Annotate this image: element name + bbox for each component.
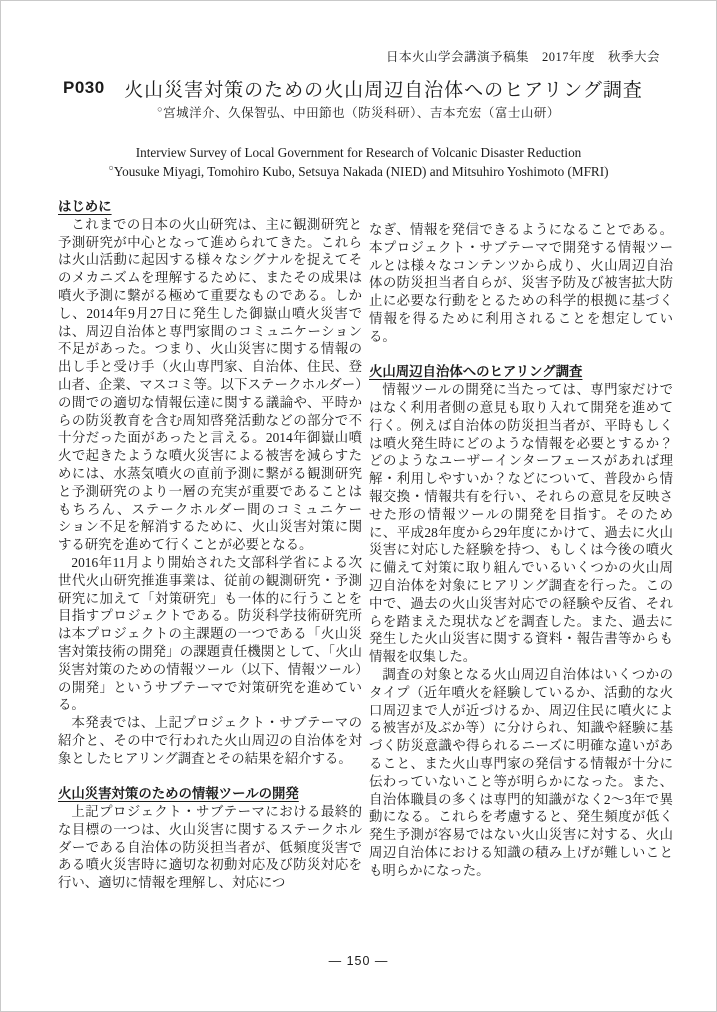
paragraph: 2016年11月より開始された文部科学省による次世代火山研究推進事業は、従前の観… <box>58 554 362 714</box>
two-column-body: はじめに これまでの日本の火山研究は、主に観測研究と予測研究が中心となって進めら… <box>58 198 673 892</box>
page-number: ― 150 ― <box>1 954 716 968</box>
title-row: P030 火山災害対策のための火山周辺自治体へのヒアリング調査 <box>1 75 716 103</box>
authors-japanese: ○宮城洋介、久保智弘、中田節也（防災科研）、吉本充宏（富士山研） <box>1 103 716 121</box>
paragraph: これまでの日本の火山研究は、主に観測研究と予測研究が中心となって進められてきた。… <box>58 216 362 554</box>
authors-en-text: Yousuke Miyagi, Tomohiro Kubo, Setsuya N… <box>114 164 609 179</box>
paragraph: 本発表では、上記プロジェクト・サブテーマの紹介と、その中で行われた火山周辺の自治… <box>58 714 362 767</box>
section-heading-tool-development: 火山災害対策のための情報ツールの開発 <box>58 785 362 803</box>
paper-page: 日本火山学会講演予稿集 2017年度 秋季大会 P030 火山災害対策のための火… <box>0 0 717 1012</box>
paragraph-continuation: なぎ、情報を発信できるようになることである。本プロジェクト・サブテーマで開発する… <box>369 221 673 346</box>
paragraph: 情報ツールの開発に当たっては、専門家だけではなく利用者側の意見も取り入れて開発を… <box>369 381 673 666</box>
left-column: はじめに これまでの日本の火山研究は、主に観測研究と予測研究が中心となって進めら… <box>58 198 362 892</box>
section-heading-introduction: はじめに <box>58 198 362 216</box>
page-number-text: ― 150 ― <box>329 954 389 968</box>
authors-jp-text: 宮城洋介、久保智弘、中田節也（防災科研）、吉本充宏（富士山研） <box>163 106 560 120</box>
paper-title-english: Interview Survey of Local Government for… <box>1 143 716 162</box>
english-title-block: Interview Survey of Local Government for… <box>1 143 716 181</box>
section-heading-interview-survey: 火山周辺自治体へのヒアリング調査 <box>369 363 673 381</box>
authors-english: ○Yousuke Miyagi, Tomohiro Kubo, Setsuya … <box>1 162 716 181</box>
paper-title: 火山災害対策のための火山周辺自治体へのヒアリング調査 <box>91 75 676 102</box>
right-column: なぎ、情報を発信できるようになることである。本プロジェクト・サブテーマで開発する… <box>369 198 673 892</box>
proceedings-header: 日本火山学会講演予稿集 2017年度 秋季大会 <box>386 47 660 65</box>
paragraph: 上記プロジェクト・サブテーマにおける最終的な目標の一つは、火山災害に関するステー… <box>58 803 362 892</box>
paragraph: 調査の対象となる火山周辺自治体はいくつかのタイプ（近年噴火を経験しているか、活動… <box>369 666 673 880</box>
